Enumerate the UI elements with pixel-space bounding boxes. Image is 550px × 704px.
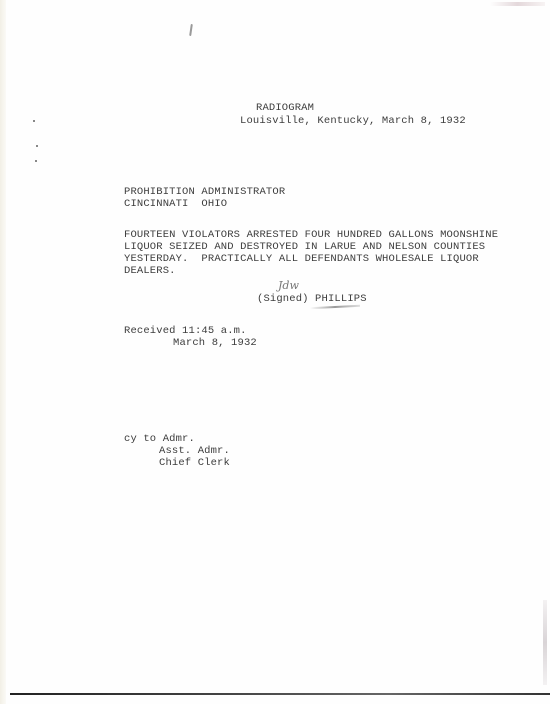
- body-line-2: LIQUOR SEIZED AND DESTROYED IN LARUE AND…: [124, 241, 485, 253]
- margin-speck: [35, 160, 37, 162]
- margin-speck: [33, 120, 35, 122]
- signature: (Signed) PHILLIPS: [257, 293, 367, 305]
- signature-flourish: [310, 305, 360, 310]
- handwritten-initials: Jdw: [278, 279, 299, 292]
- document-page: RADIOGRAM Louisville, Kentucky, March 8,…: [0, 0, 550, 704]
- copy-to-line-2: Asst. Admr.: [159, 445, 230, 457]
- received-date: March 8, 1932: [173, 337, 257, 349]
- copy-to-line-1: cy to Admr.: [124, 433, 195, 445]
- body-line-4: DEALERS.: [124, 265, 176, 277]
- addressee-line-1: PROHIBITION ADMINISTRATOR: [124, 186, 285, 198]
- received-time: Received 11:45 a.m.: [124, 325, 247, 337]
- page-bottom-edge: [10, 693, 550, 695]
- body-line-3: YESTERDAY. PRACTICALLY ALL DEFENDANTS WH…: [124, 253, 479, 265]
- margin-speck: [36, 145, 38, 147]
- top-smudge: [490, 2, 545, 6]
- dateline: Louisville, Kentucky, March 8, 1932: [240, 115, 466, 127]
- right-edge-smudge: [543, 600, 547, 685]
- body-line-1: FOURTEEN VIOLATORS ARRESTED FOUR HUNDRED…: [124, 229, 498, 241]
- addressee-line-2: CINCINNATI OHIO: [124, 198, 227, 210]
- copy-to-line-3: Chief Clerk: [159, 457, 230, 469]
- document-title: RADIOGRAM: [256, 102, 314, 114]
- page-edge-shadow: [0, 0, 6, 704]
- paper-mark: [189, 24, 193, 36]
